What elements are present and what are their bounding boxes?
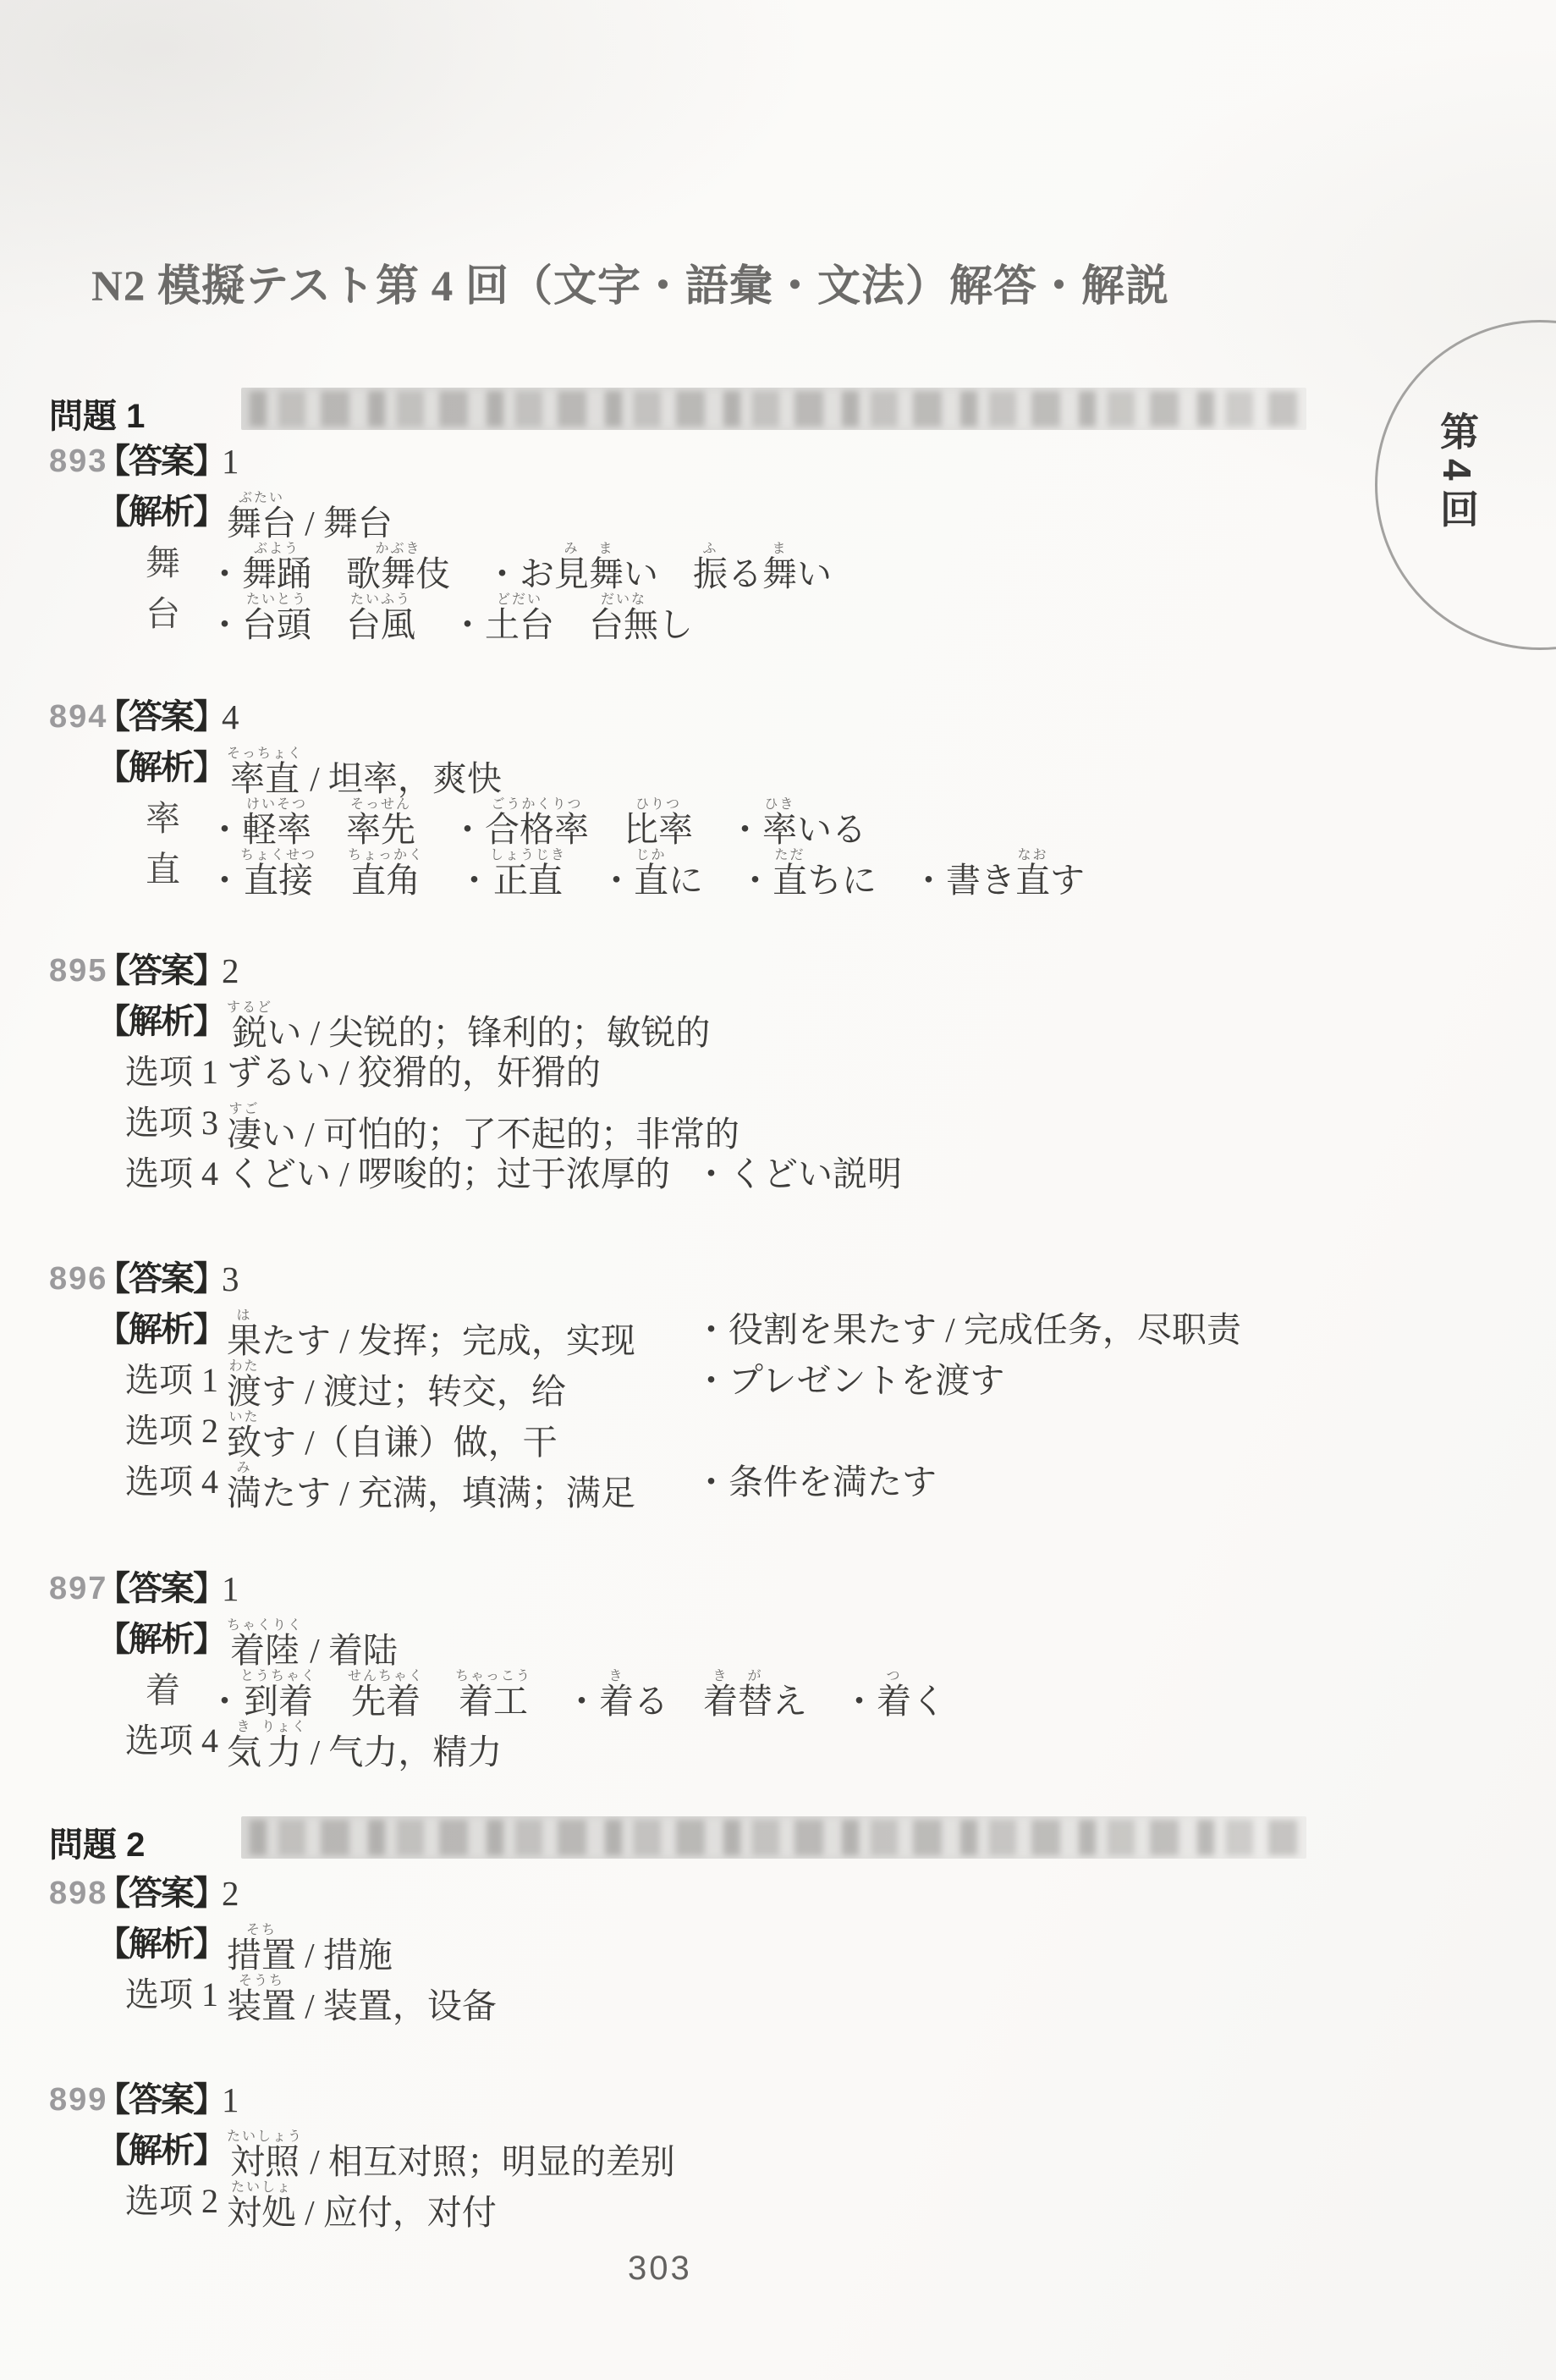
kanji-head: 台 <box>146 592 180 635</box>
ruby-word: 到着とうちゃく <box>242 1682 315 1721</box>
line-content: 気き力りょく / 气力，精力 <box>227 1720 502 1773</box>
answer-label: 【答案】 <box>96 1258 225 1300</box>
analysis-label: 【解析】 <box>96 491 225 533</box>
line-content: 措置そち / 措施 <box>227 1923 393 1976</box>
option-label: 选项 2 <box>125 2180 218 2223</box>
line-example: ・条件を満たす <box>694 1461 937 1503</box>
answer-label: 【答案】 <box>96 1567 225 1610</box>
ruby-word: 致いた <box>227 1423 261 1462</box>
ruby-word: 台頭たいとう <box>242 605 311 644</box>
line-content: 果はたす / 发挥；完成，实现 <box>227 1308 635 1362</box>
section-header-bar <box>241 388 1306 430</box>
answer-label: 【答案】 <box>96 1872 225 1914</box>
line-example: ・プレゼントを渡す <box>694 1359 1004 1402</box>
ruby-word: 着つ <box>877 1682 911 1721</box>
line-content: 致いたす /（自谦）做，干 <box>227 1410 558 1463</box>
option-label: 选项 1 <box>125 1974 218 2016</box>
ruby-word: 台風たいふう <box>346 605 415 644</box>
page-number: 303 <box>628 2250 692 2288</box>
line-content: ・台頭たいとう 台風たいふう ・土台どだい 台無だいなし <box>207 592 693 646</box>
answer-value: 1 <box>222 2079 239 2121</box>
ruby-word: 舞台ぶたい <box>227 504 296 543</box>
ruby-word: 直なお <box>1015 861 1050 900</box>
ruby-word: 率先そっせん <box>346 810 415 849</box>
line-content: 渡わたす / 渡过；转交，给 <box>227 1359 566 1413</box>
ruby-word: 鋭するど <box>227 1013 267 1052</box>
ruby-word: 軽率けいそつ <box>242 810 311 849</box>
answer-label: 【答案】 <box>96 950 225 992</box>
option-label: 选项 3 <box>125 1102 218 1144</box>
line-example: ・役割を果たす / 完成任务，尽职责 <box>694 1308 1241 1351</box>
ruby-word: 舞ま <box>762 554 797 593</box>
section-header-label: 問題 2 <box>49 1818 145 1866</box>
ruby-word: 先着せんちゃく <box>349 1682 422 1721</box>
answer-value: 1 <box>222 1567 239 1610</box>
analysis-label: 【解析】 <box>96 1000 225 1043</box>
ruby-word: 台無だいな <box>589 605 658 644</box>
analysis-label: 【解析】 <box>96 1618 225 1661</box>
ruby-word: 舞ま <box>589 554 624 593</box>
ruby-word: 着き <box>599 1682 634 1721</box>
ruby-word: 対照たいしょう <box>227 2142 301 2181</box>
line-content: 率直そっちょく / 坦率，爽快 <box>227 747 502 800</box>
kanji-head: 舞 <box>146 542 180 584</box>
ruby-word: 直じか <box>634 861 668 900</box>
ruby-word: 率直そっちょく <box>227 759 301 798</box>
section-header-label: 問題 1 <box>49 389 145 438</box>
ruby-word: 力りょく <box>261 1733 302 1771</box>
ruby-word: 渡わた <box>227 1372 261 1411</box>
option-label: 选项 1 <box>125 1051 218 1094</box>
kanji-head: 率 <box>146 797 180 840</box>
ruby-word: 舞踊ぶよう <box>242 554 311 593</box>
ruby-word: 果は <box>227 1321 261 1360</box>
ruby-word: 措置そち <box>227 1936 296 1975</box>
answer-label: 【答案】 <box>96 440 225 482</box>
ruby-word: 凄すご <box>227 1115 261 1154</box>
ruby-word: 着陸ちゃくりく <box>227 1631 301 1670</box>
line-example: ・くどい説明 <box>694 1153 902 1195</box>
line-content: 舞台ぶたい / 舞台 <box>227 491 393 544</box>
answer-value: 2 <box>222 950 239 992</box>
answer-label: 【答案】 <box>96 696 225 738</box>
ruby-word: 率ひき <box>762 810 797 849</box>
ruby-word: 直角ちょっかく <box>349 861 422 900</box>
ruby-word: 直接ちょくせつ <box>242 861 315 900</box>
line-content: ・到着とうちゃく 先着せんちゃく 着工ちゃっこう ・着きる 着き替がえ ・着つく <box>207 1669 946 1722</box>
answer-value: 1 <box>222 440 239 482</box>
kanji-head: 直 <box>146 848 180 890</box>
line-content: 凄すごい / 可怕的；了不起的；非常的 <box>227 1102 740 1155</box>
ruby-word: 歌舞伎かぶき <box>346 554 450 593</box>
ruby-word: 直ただ <box>773 861 807 900</box>
analysis-label: 【解析】 <box>96 2129 225 2172</box>
line-content: 対照たいしょう / 相互对照；明显的差别 <box>227 2129 675 2183</box>
ruby-word: 見み <box>554 554 589 593</box>
ruby-word: 合格率ごうかくりつ <box>485 810 589 849</box>
option-label: 选项 4 <box>125 1461 218 1503</box>
ruby-word: 振ふ <box>693 554 728 593</box>
option-label: 选项 1 <box>125 1359 218 1402</box>
page-title: N2 模擬テスト第 4 回（文字・語彙・文法）解答・解説 <box>91 251 1169 313</box>
line-content: 満みたす / 充满，填满；满足 <box>227 1461 635 1514</box>
analysis-label: 【解析】 <box>96 747 225 789</box>
answer-value: 4 <box>222 696 239 738</box>
scanned-book-page: { "page": { "title": "N2 模擬テスト第 4 回（文字・語… <box>0 0 1556 2380</box>
ruby-word: 比率ひりつ <box>624 810 693 849</box>
ruby-word: 満み <box>227 1474 261 1512</box>
line-content: ・直接ちょくせつ 直角ちょっかく ・正直しょうじき ・直じかに ・直ただちに ・… <box>207 848 1085 901</box>
line-content: 鋭するどい / 尖锐的；锋利的；敏锐的 <box>227 1000 710 1054</box>
ruby-word: 土台どだい <box>485 605 554 644</box>
line-content: くどい / 啰唆的；过于浓厚的 <box>227 1153 670 1195</box>
option-label: 选项 4 <box>125 1153 218 1195</box>
section-header-bar <box>241 1816 1306 1859</box>
line-content: 対処たいしょ / 应付，对付 <box>227 2180 497 2234</box>
kanji-head: 着 <box>146 1669 180 1711</box>
volume-tab: 第4回 <box>1432 411 1482 537</box>
ruby-word: 装置そうち <box>227 1986 296 2025</box>
option-label: 选项 4 <box>125 1720 218 1762</box>
line-content: ・舞踊ぶよう 歌舞伎かぶき ・お見み舞まい 振ふる舞まい <box>207 542 832 595</box>
ruby-word: 着き <box>703 1682 738 1721</box>
line-content: ・軽率けいそつ 率先そっせん ・合格率ごうかくりつ 比率ひりつ ・率ひきいる <box>207 797 866 851</box>
answer-label: 【答案】 <box>96 2079 225 2121</box>
analysis-label: 【解析】 <box>96 1923 225 1965</box>
ruby-word: 対処たいしょ <box>227 2193 296 2232</box>
ruby-word: 替が <box>738 1682 773 1721</box>
answer-value: 2 <box>222 1872 239 1914</box>
analysis-label: 【解析】 <box>96 1308 225 1351</box>
ruby-word: 気き <box>227 1733 261 1771</box>
ruby-word: 正直しょうじき <box>492 861 564 900</box>
line-content: 装置そうち / 装置，设备 <box>227 1974 497 2027</box>
option-label: 选项 2 <box>125 1410 218 1452</box>
ruby-word: 着工ちゃっこう <box>457 1682 530 1721</box>
line-content: 着陸ちゃくりく / 着陆 <box>227 1618 398 1672</box>
answer-value: 3 <box>222 1258 239 1300</box>
line-content: ずるい / 狡猾的，奸猾的 <box>227 1051 601 1094</box>
